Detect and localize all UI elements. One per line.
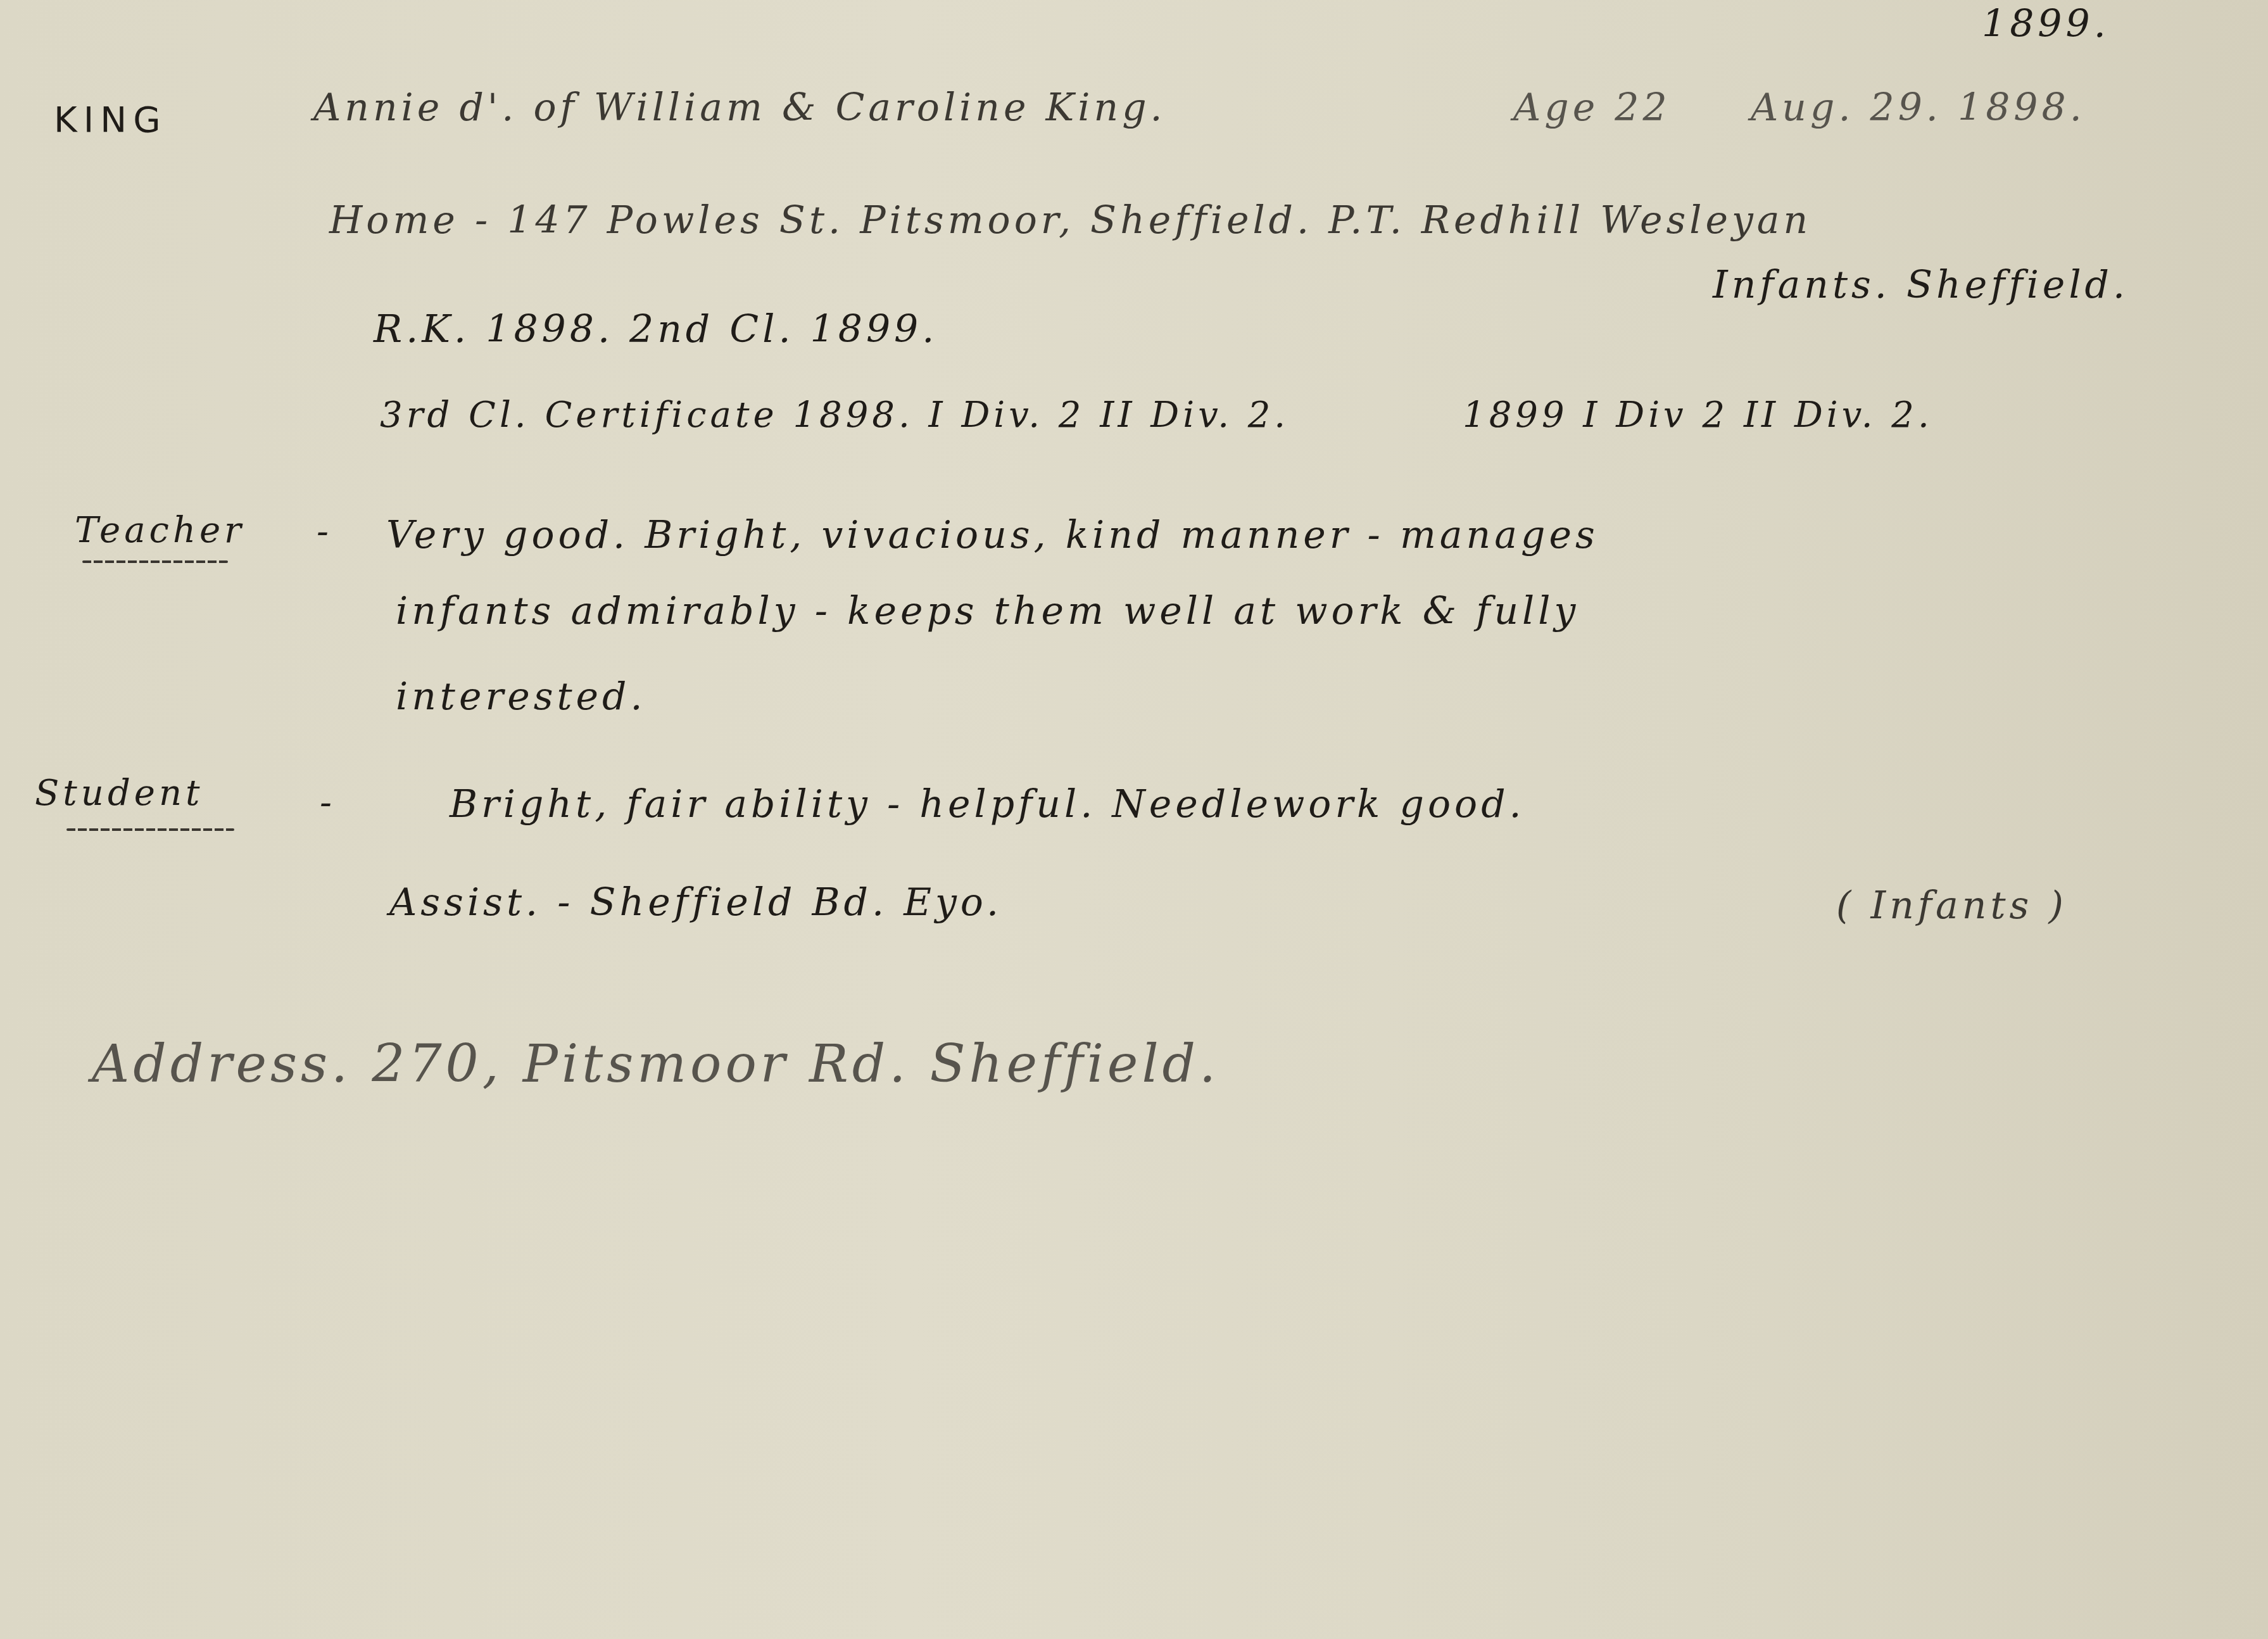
name-line: Annie d'. of William & Caroline King. bbox=[313, 89, 1166, 127]
assist-line: Assist. - Sheffield Bd. Eyo. bbox=[389, 883, 1002, 921]
teacher-remark-line-3: interested. bbox=[396, 678, 646, 716]
student-label: Student bbox=[35, 776, 204, 811]
home-address-line: Home - 147 Powles St. Pitsmoor, Sheffiel… bbox=[329, 201, 1811, 239]
student-remark-line-1: Bright, fair ability - helpful. Needlewo… bbox=[450, 785, 1525, 823]
teacher-dash: - bbox=[317, 514, 332, 550]
entry-date: Aug. 29. 1898. bbox=[1751, 89, 2086, 127]
teacher-remark-line-1: Very good. Bright, vivacious, kind manne… bbox=[386, 516, 1599, 554]
surname: KING bbox=[54, 103, 167, 138]
year-heading: 1899. bbox=[1982, 5, 2110, 43]
current-address: Address. 270, Pitsmoor Rd. Sheffield. bbox=[92, 1039, 1219, 1091]
certificate-line: 3rd Cl. Certificate 1898. I Div. 2 II Di… bbox=[380, 398, 1289, 433]
teacher-label-underline bbox=[82, 560, 228, 563]
rk-line: R.K. 1898. 2nd Cl. 1899. bbox=[374, 310, 938, 348]
student-dash: - bbox=[320, 785, 336, 821]
teacher-remark-line-2: infants admirably - keeps them well at w… bbox=[396, 592, 1579, 630]
infants-note: ( Infants ) bbox=[1836, 887, 2067, 925]
student-label-underline bbox=[66, 828, 234, 831]
age: Age 22 bbox=[1513, 89, 1671, 127]
certificate-1899: 1899 I Div 2 II Div. 2. bbox=[1463, 398, 1933, 433]
home-address-continuation: Infants. Sheffield. bbox=[1713, 266, 2129, 304]
teacher-label: Teacher bbox=[75, 513, 245, 548]
